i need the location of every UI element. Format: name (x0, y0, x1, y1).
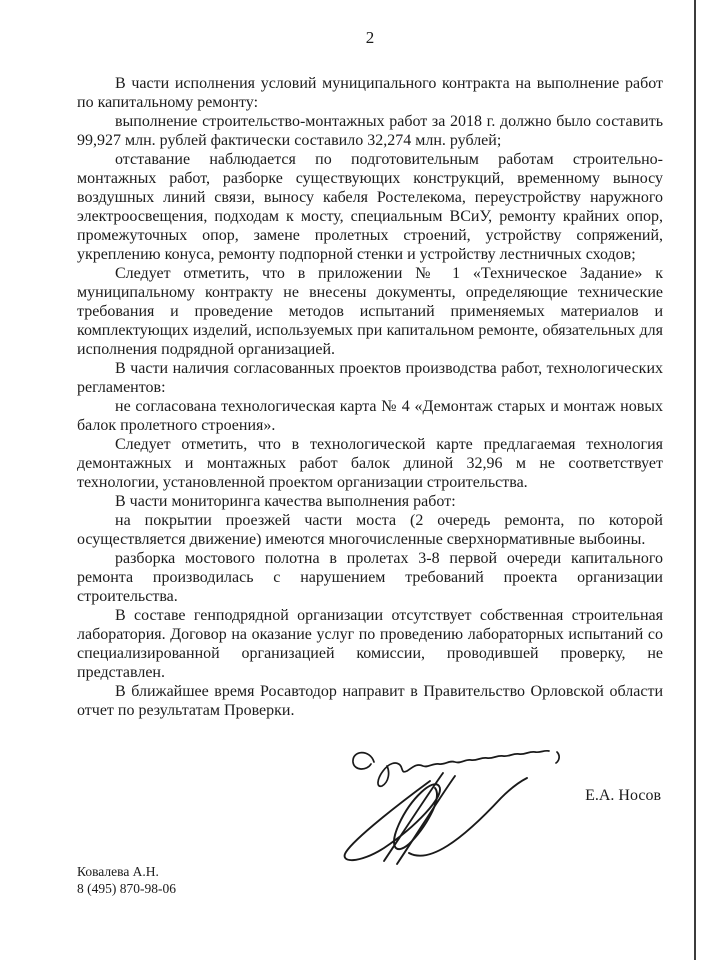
paragraph: выполнение строительство-монтажных работ… (77, 112, 663, 150)
paragraph: Следует отметить, что в технологической … (77, 435, 663, 492)
handwritten-closing-icon (353, 751, 559, 786)
signature-scribble-icon (345, 773, 527, 864)
paragraph: В ближайшее время Росавтодор направит в … (77, 682, 663, 720)
scanned-letter-page: 2 В части исполнения условий муниципальн… (0, 0, 704, 960)
paragraph: В составе генподрядной организации отсут… (77, 606, 663, 682)
paragraph: Следует отметить, что в приложении № 1 «… (77, 264, 663, 359)
executor-phone: 8 (495) 870-98-06 (77, 880, 176, 897)
scan-edge-line (694, 0, 696, 960)
signer-name: Е.А. Носов (585, 787, 661, 805)
paragraph: на покрытии проезжей части моста (2 очер… (77, 511, 663, 549)
executor-contact: Ковалева А.Н. 8 (495) 870-98-06 (77, 863, 176, 897)
document-body: В части исполнения условий муниципальног… (77, 74, 663, 720)
paragraph: разборка мостового полотна в пролетах 3-… (77, 549, 663, 606)
paragraph: В части наличия согласованных проектов п… (77, 359, 663, 397)
paragraph: отставание наблюдается по подготовительн… (77, 150, 663, 264)
executor-name: Ковалева А.Н. (77, 863, 176, 880)
paragraph: В части мониторинга качества выполнения … (77, 492, 663, 511)
paragraph: В части исполнения условий муниципальног… (77, 74, 663, 112)
signature-block (330, 735, 580, 867)
paragraph: не согласована технологическая карта № 4… (77, 397, 663, 435)
page-number: 2 (77, 28, 663, 48)
